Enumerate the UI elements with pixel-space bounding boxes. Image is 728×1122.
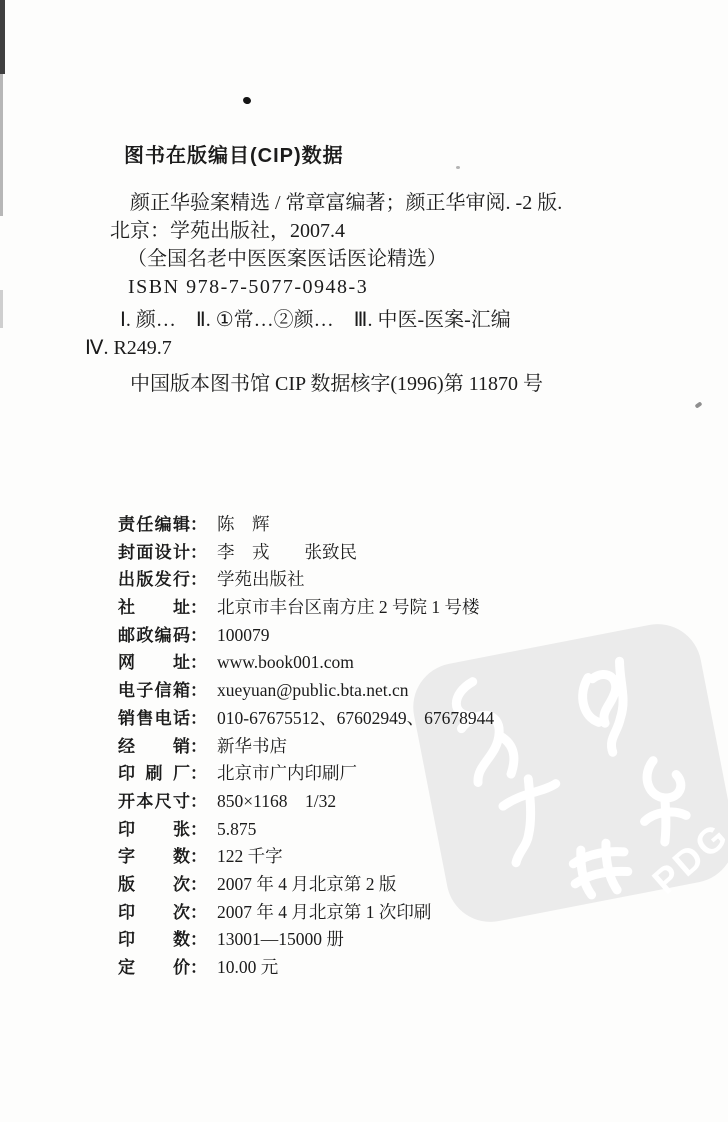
cip-classification-line1: Ⅰ. 颜… Ⅱ. ①常…②颜… Ⅲ. 中医-医案-汇编 bbox=[120, 306, 698, 334]
colophon-label: 印次 bbox=[118, 900, 190, 925]
colophon-colon: ： bbox=[190, 595, 207, 620]
colophon-row: 字数：122 千字 bbox=[118, 844, 678, 872]
colophon-label: 字数 bbox=[118, 844, 190, 869]
colophon-block: 责任编辑：陈 辉封面设计：李 戎 张致民出版发行：学苑出版社社址：北京市丰台区南… bbox=[118, 512, 678, 983]
colophon-row: 版次：2007 年 4 月北京第 2 版 bbox=[118, 872, 678, 900]
colophon-row: 邮政编码：100079 bbox=[118, 623, 678, 651]
colophon-row: 责任编辑：陈 辉 bbox=[118, 512, 678, 540]
colophon-value: 2007 年 4 月北京第 1 次印刷 bbox=[217, 900, 431, 925]
scan-edge-artifact bbox=[0, 290, 3, 328]
book-copyright-page: PDG 图书在版编目(CIP)数据 颜正华验案精选 / 常章富编著；颜正华审阅.… bbox=[0, 0, 728, 1122]
colophon-value: 850×1168 1/32 bbox=[217, 789, 336, 814]
colophon-colon: ： bbox=[190, 872, 207, 897]
colophon-colon: ： bbox=[190, 844, 207, 869]
cip-record-number: 中国版本图书馆 CIP 数据核字(1996)第 11870 号 bbox=[130, 370, 698, 398]
colophon-label: 开本尺寸 bbox=[118, 789, 190, 814]
cip-heading: 图书在版编目(CIP)数据 bbox=[124, 145, 698, 168]
colophon-value: 新华书店 bbox=[217, 734, 287, 759]
cip-data-block: 图书在版编目(CIP)数据 颜正华验案精选 / 常章富编著；颜正华审阅. -2 … bbox=[118, 145, 698, 398]
ink-dot-artifact bbox=[242, 96, 252, 105]
colophon-value: 5.875 bbox=[217, 817, 256, 842]
colophon-colon: ： bbox=[190, 650, 207, 675]
colophon-colon: ： bbox=[190, 623, 207, 648]
cip-isbn: ISBN 978-7-5077-0948-3 bbox=[128, 273, 698, 301]
scan-edge-artifact bbox=[0, 0, 5, 74]
colophon-label: 印数 bbox=[118, 927, 190, 952]
speck-artifact bbox=[694, 401, 702, 408]
colophon-colon: ： bbox=[190, 567, 207, 592]
colophon-colon: ： bbox=[190, 927, 207, 952]
colophon-value: 李 戎 张致民 bbox=[217, 540, 357, 565]
colophon-colon: ： bbox=[190, 678, 207, 703]
colophon-value: 北京市丰台区南方庄 2 号院 1 号楼 bbox=[217, 595, 480, 620]
colophon-row: 经销：新华书店 bbox=[118, 734, 678, 762]
colophon-row: 出版发行：学苑出版社 bbox=[118, 567, 678, 595]
colophon-label: 印刷厂 bbox=[118, 761, 190, 786]
colophon-row: 销售电话：010-67675512、67602949、67678944 bbox=[118, 706, 678, 734]
colophon-value: 010-67675512、67602949、67678944 bbox=[217, 706, 494, 731]
colophon-label: 邮政编码 bbox=[118, 623, 190, 648]
colophon-value: 北京市广内印刷厂 bbox=[217, 761, 357, 786]
colophon-row: 印次：2007 年 4 月北京第 1 次印刷 bbox=[118, 900, 678, 928]
colophon-label: 销售电话 bbox=[118, 706, 190, 731]
colophon-value: 2007 年 4 月北京第 2 版 bbox=[217, 872, 396, 897]
colophon-label: 定价 bbox=[118, 955, 190, 980]
colophon-value: www.book001.com bbox=[217, 650, 354, 675]
colophon-row: 开本尺寸：850×1168 1/32 bbox=[118, 789, 678, 817]
colophon-colon: ： bbox=[190, 817, 207, 842]
scan-edge-artifact bbox=[0, 74, 3, 216]
colophon-colon: ： bbox=[190, 706, 207, 731]
colophon-label: 电子信箱 bbox=[118, 678, 190, 703]
colophon-value: 122 千字 bbox=[217, 844, 283, 869]
cip-series-title: （全国名老中医医案医话医论精选） bbox=[127, 245, 698, 273]
colophon-colon: ： bbox=[190, 540, 207, 565]
colophon-colon: ： bbox=[190, 512, 207, 537]
colophon-colon: ： bbox=[190, 900, 207, 925]
colophon-label: 版次 bbox=[118, 872, 190, 897]
colophon-value: 13001—15000 册 bbox=[217, 927, 344, 952]
colophon-value: 学苑出版社 bbox=[217, 567, 305, 592]
colophon-row: 封面设计：李 戎 张致民 bbox=[118, 540, 678, 568]
colophon-row: 网址：www.book001.com bbox=[118, 650, 678, 678]
colophon-label: 网址 bbox=[118, 650, 190, 675]
colophon-value: xueyuan@public.bta.net.cn bbox=[217, 678, 409, 703]
colophon-value: 100079 bbox=[217, 623, 270, 648]
colophon-label: 出版发行 bbox=[118, 567, 190, 592]
colophon-colon: ： bbox=[190, 789, 207, 814]
colophon-label: 责任编辑 bbox=[118, 512, 190, 537]
colophon-row: 社址：北京市丰台区南方庄 2 号院 1 号楼 bbox=[118, 595, 678, 623]
colophon-label: 社址 bbox=[118, 595, 190, 620]
colophon-label: 经销 bbox=[118, 734, 190, 759]
colophon-row: 印数：13001—15000 册 bbox=[118, 927, 678, 955]
colophon-value: 陈 辉 bbox=[217, 512, 270, 537]
colophon-label: 印张 bbox=[118, 817, 190, 842]
colophon-label: 封面设计 bbox=[118, 540, 190, 565]
cip-imprint: 北京：学苑出版社，2007.4 bbox=[110, 217, 698, 245]
colophon-colon: ： bbox=[190, 761, 207, 786]
cip-classification-line2: Ⅳ. R249.7 bbox=[85, 334, 698, 362]
colophon-row: 印张：5.875 bbox=[118, 817, 678, 845]
colophon-value: 10.00 元 bbox=[217, 955, 278, 980]
cip-title-statement: 颜正华验案精选 / 常章富编著；颜正华审阅. -2 版. bbox=[130, 189, 698, 217]
speck-artifact bbox=[456, 166, 460, 169]
colophon-row: 电子信箱：xueyuan@public.bta.net.cn bbox=[118, 678, 678, 706]
colophon-row: 定价：10.00 元 bbox=[118, 955, 678, 983]
colophon-row: 印刷厂：北京市广内印刷厂 bbox=[118, 761, 678, 789]
colophon-colon: ： bbox=[190, 955, 207, 980]
colophon-colon: ： bbox=[190, 734, 207, 759]
